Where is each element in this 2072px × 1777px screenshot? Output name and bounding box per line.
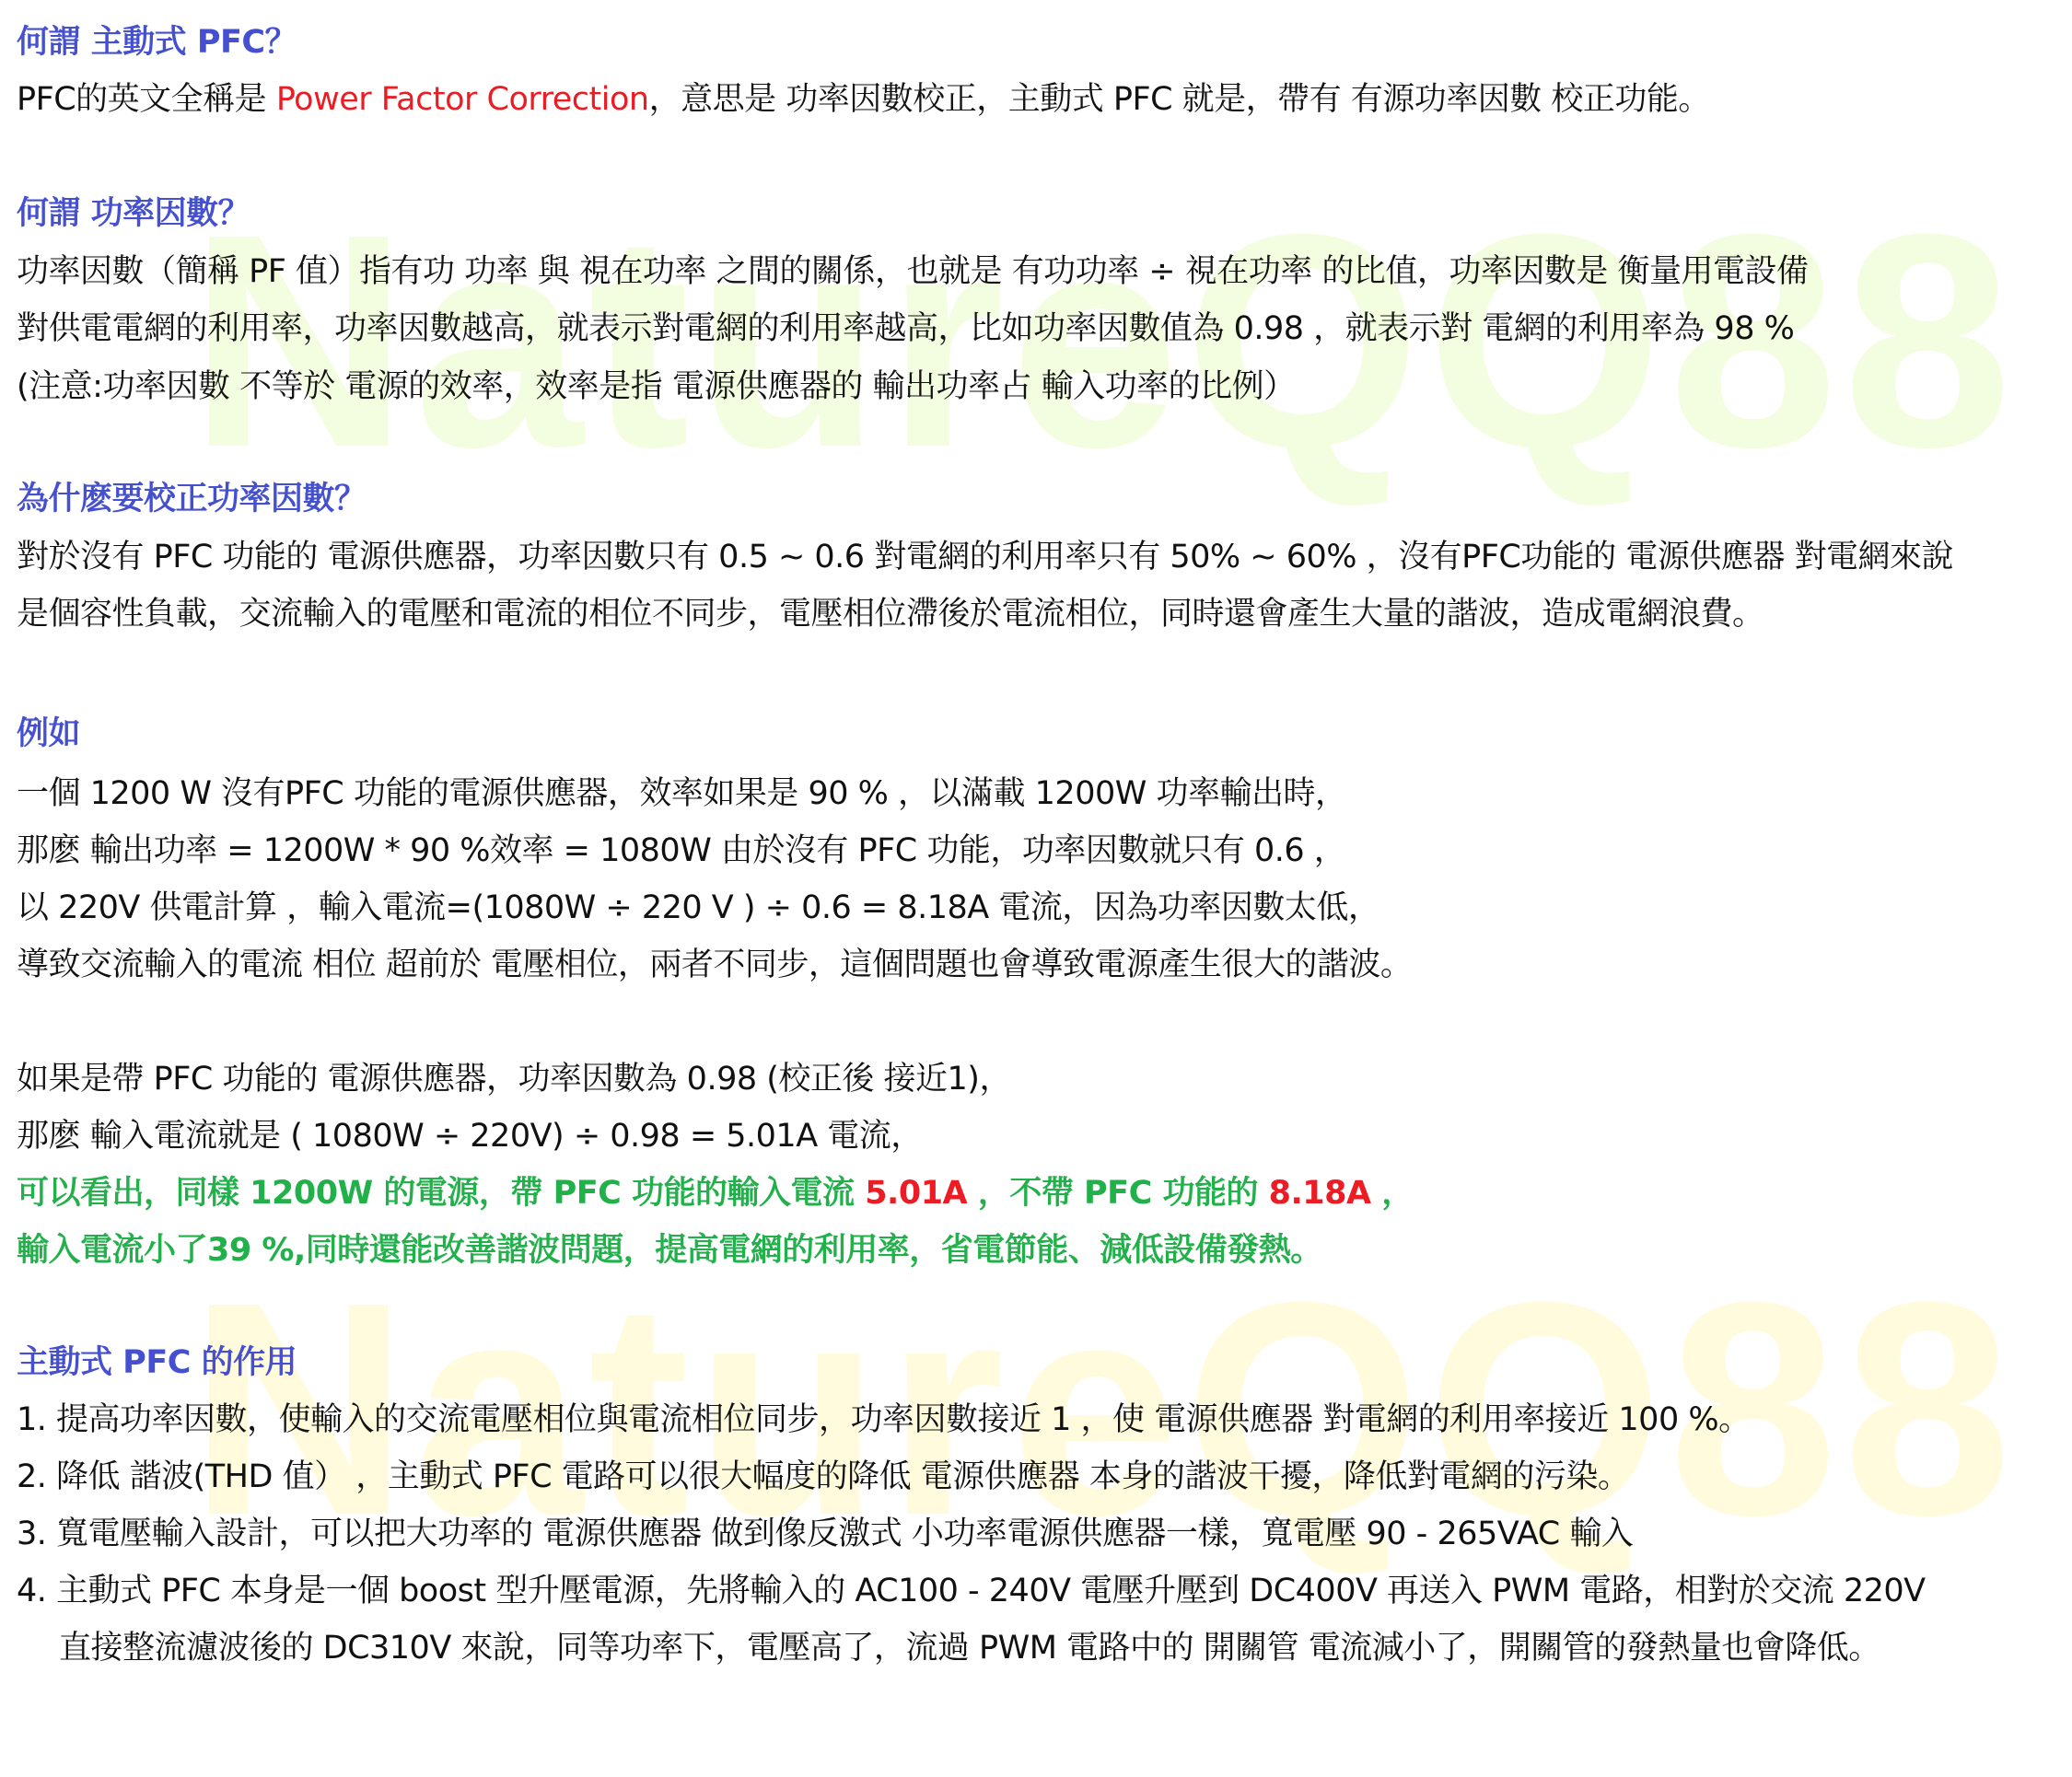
- text: ，不帶 PFC 功能的: [967, 1175, 1269, 1212]
- value-with-pfc: 5.01A: [865, 1175, 967, 1212]
- heading-what-active-pfc: 何謂 主動式 PFC？: [17, 22, 297, 63]
- highlight-power-factor-correction: Power Factor Correction: [276, 81, 649, 118]
- function-item-2: 2. 降低 諧波(THD 值） ，主動式 PFC 電路可以很大幅度的降低 電源供…: [17, 1457, 1629, 1497]
- function-item-4-continued: 直接整流濾波後的 DC310V 來說，同等功率下，電壓高了，流過 PWM 電路中…: [59, 1628, 1880, 1668]
- conclusion-line-1: 可以看出，同樣 1200W 的電源，帶 PFC 功能的輸入電流 5.01A ，不…: [17, 1173, 1414, 1214]
- text: ，: [1371, 1175, 1414, 1212]
- paragraph-pfc-definition: PFC的英文全稱是 Power Factor Correction，意思是 功率…: [17, 79, 1710, 120]
- heading-example: 例如: [17, 714, 80, 754]
- text: ，意思是 功率因數校正，主動式 PFC 就是，帶有 有源功率因數 校正功能。: [649, 81, 1710, 118]
- text: PFC的英文全稱是: [17, 81, 276, 118]
- paragraph-pf-line-1: 功率因數（簡稱 PF 值）指有功 功率 與 視在功率 之間的關係，也就是 有功功…: [17, 251, 1808, 292]
- conclusion-line-2: 輸入電流小了39 %,同時還能改善諧波問題，提高電網的利用率，省電節能、減低設備…: [17, 1230, 1322, 1271]
- heading-functions: 主動式 PFC 的作用: [17, 1342, 297, 1383]
- function-item-1: 1. 提高功率因數，使輸入的交流電壓相位與電流相位同步，功率因數接近 1 ，使 …: [17, 1400, 1751, 1440]
- example-line-1: 一個 1200 W 沒有PFC 功能的電源供應器，效率如果是 90 % ，以滿載…: [17, 773, 1346, 814]
- heading-why-correct: 為什麽要校正功率因數？: [17, 479, 367, 519]
- paragraph-pf-line-3: (注意:功率因數 不等於 電源的效率，效率是指 電源供應器的 輸出功率占 輸入功…: [17, 366, 1296, 407]
- function-item-4: 4. 主動式 PFC 本身是一個 boost 型升壓電源，先將輸入的 AC100…: [17, 1571, 1926, 1611]
- with-pfc-line-2: 那麽 輸入電流就是 ( 1080W ÷ 220V) ÷ 0.98 = 5.01A…: [17, 1116, 923, 1156]
- paragraph-pf-line-2: 對供電電網的利用率，功率因數越高，就表示對電網的利用率越高，比如功率因數值為 0…: [17, 308, 1794, 349]
- example-line-3: 以 220V 供電計算 ，輸入電流=(1080W ÷ 220 V ) ÷ 0.6…: [17, 888, 1379, 928]
- with-pfc-line-1: 如果是帶 PFC 功能的 電源供應器，功率因數為 0.98 (校正後 接近1)，: [17, 1059, 1011, 1099]
- example-line-4: 導致交流輸入的電流 相位 超前於 電壓相位，兩者不同步，這個問題也會導致電源產生…: [17, 945, 1412, 985]
- value-without-pfc: 8.18A: [1269, 1175, 1371, 1212]
- paragraph-why-line-1: 對於沒有 PFC 功能的 電源供應器，功率因數只有 0.5 ~ 0.6 對電網的…: [17, 537, 1953, 577]
- text: 可以看出，同樣 1200W 的電源，帶 PFC 功能的輸入電流: [17, 1175, 865, 1212]
- example-line-2: 那麽 輸出功率 = 1200W * 90 %效率 = 1080W 由於沒有 PF…: [17, 830, 1345, 871]
- paragraph-why-line-2: 是個容性負載，交流輸入的電壓和電流的相位不同步，電壓相位滯後於電流相位，同時還會…: [17, 594, 1764, 634]
- heading-what-power-factor: 何謂 功率因數？: [17, 193, 250, 234]
- function-item-3: 3. 寬電壓輸入設計，可以把大功率的 電源供應器 做到像反激式 小功率電源供應器…: [17, 1514, 1633, 1554]
